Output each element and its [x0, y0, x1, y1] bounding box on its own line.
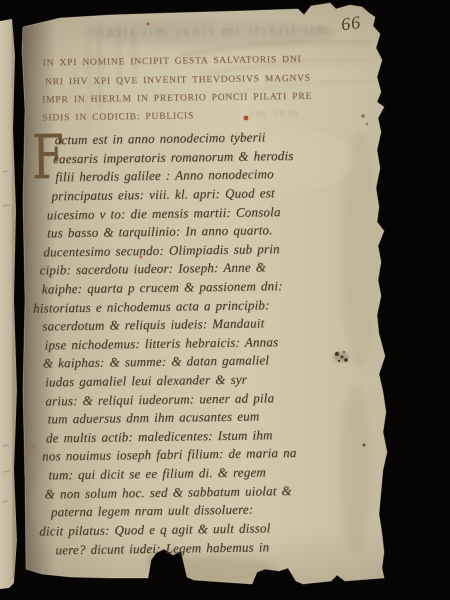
- manuscript-photo: 66 ınıtı ıım ıunlı mı ıtınııl ıım ım ınm…: [0, 0, 450, 600]
- dark-fleck: [363, 444, 366, 447]
- offset-smudge-band: [85, 20, 335, 46]
- orange-fleck: [140, 256, 143, 259]
- red-dot: [244, 116, 249, 121]
- brown-dot: [361, 114, 365, 118]
- parchment-artwork: [0, 0, 450, 600]
- brown-dot: [366, 123, 369, 126]
- red-fleck-top: [146, 22, 149, 25]
